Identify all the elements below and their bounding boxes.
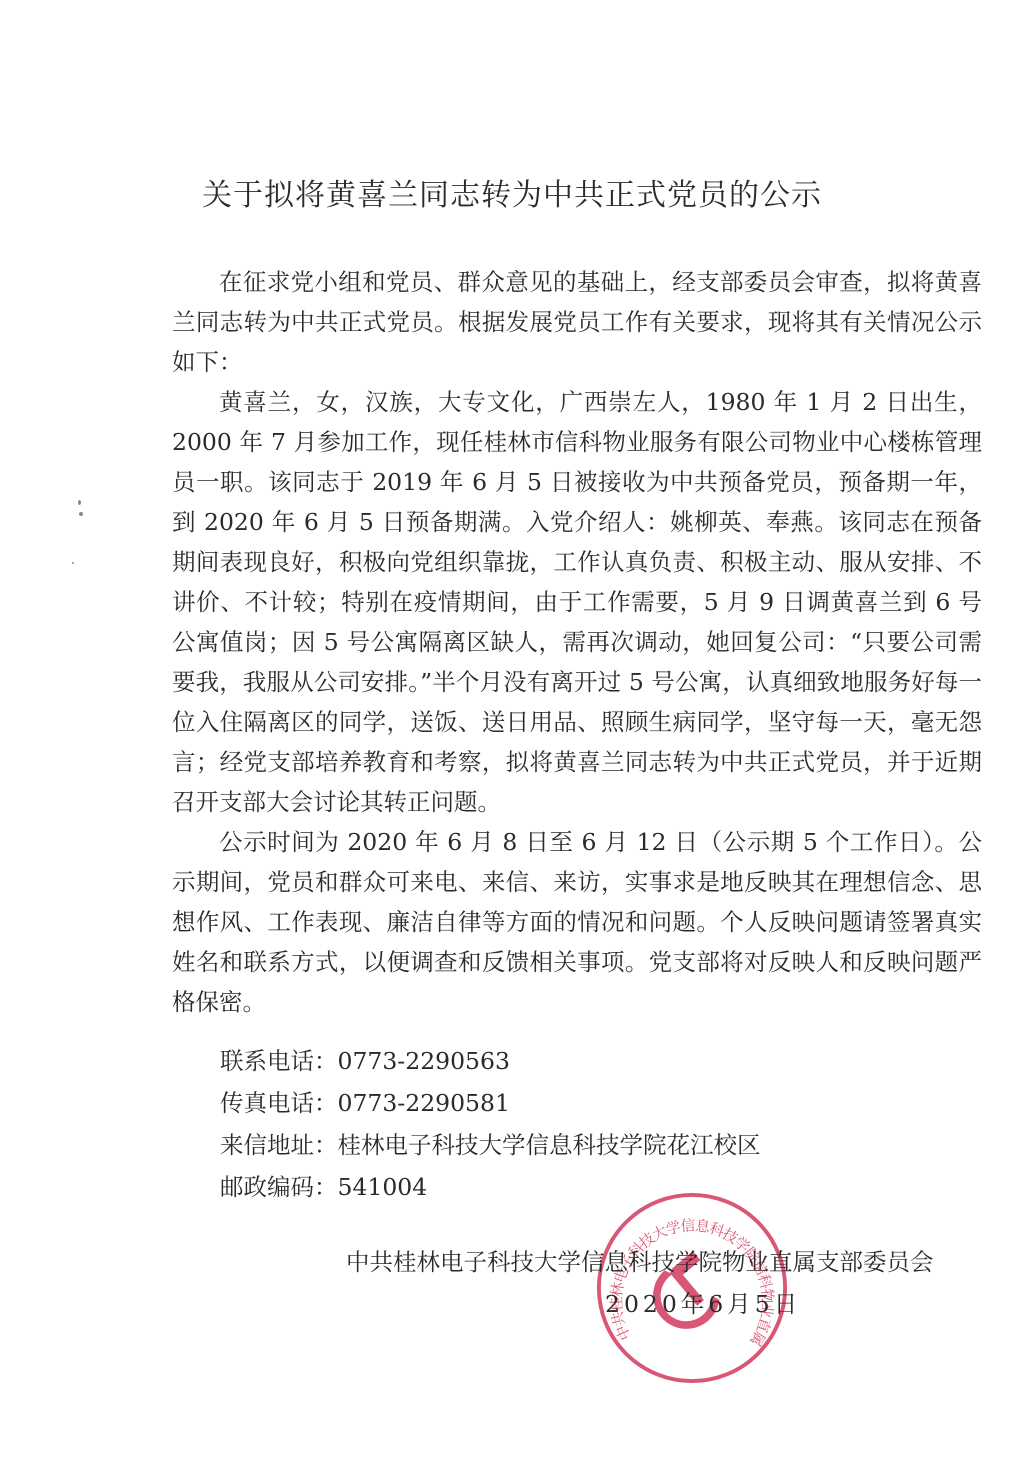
- paragraph-profile: 黄喜兰，女，汉族，大专文化，广西崇左人，1980 年 1 月 2 日出生，200…: [172, 382, 982, 822]
- document-title: 关于拟将黄喜兰同志转为中共正式党员的公示: [0, 170, 1024, 214]
- contact-label: 邮政编码：: [220, 1173, 338, 1201]
- document-body: 在征求党小组和党员、群众意见的基础上，经支部委员会审查，拟将黄喜兰同志转为中共正…: [172, 262, 982, 1022]
- scan-speck: [78, 500, 81, 505]
- signature-date: 2020年6月5日: [605, 1285, 801, 1319]
- contact-label: 联系电话：: [220, 1047, 338, 1075]
- contact-label: 来信地址：: [220, 1131, 338, 1159]
- contact-address: 来信地址：桂林电子科技大学信息科技学院花江校区: [220, 1124, 761, 1166]
- contact-value: 桂林电子科技大学信息科技学院花江校区: [338, 1131, 761, 1159]
- scan-speck: [72, 562, 74, 564]
- document-page: 关于拟将黄喜兰同志转为中共正式党员的公示 在征求党小组和党员、群众意见的基础上，…: [0, 0, 1024, 1460]
- contact-fax: 传真电话：0773-2290581: [220, 1082, 761, 1124]
- paragraph-notice-period: 公示时间为 2020 年 6 月 8 日至 6 月 12 日（公示期 5 个工作…: [172, 822, 982, 1022]
- contact-value: 541004: [338, 1173, 428, 1201]
- scan-speck: [79, 512, 83, 516]
- contact-phone: 联系电话：0773-2290563: [220, 1040, 761, 1082]
- contact-label: 传真电话：: [220, 1089, 338, 1117]
- signature-organization: 中共桂林电子科技大学信息科技学院物业直属支部委员会: [346, 1243, 966, 1277]
- contact-value: 0773-2290581: [338, 1089, 510, 1117]
- paragraph-intro: 在征求党小组和党员、群众意见的基础上，经支部委员会审查，拟将黄喜兰同志转为中共正…: [172, 262, 982, 382]
- contact-info: 联系电话：0773-2290563 传真电话：0773-2290581 来信地址…: [220, 1040, 761, 1208]
- contact-value: 0773-2290563: [338, 1047, 510, 1075]
